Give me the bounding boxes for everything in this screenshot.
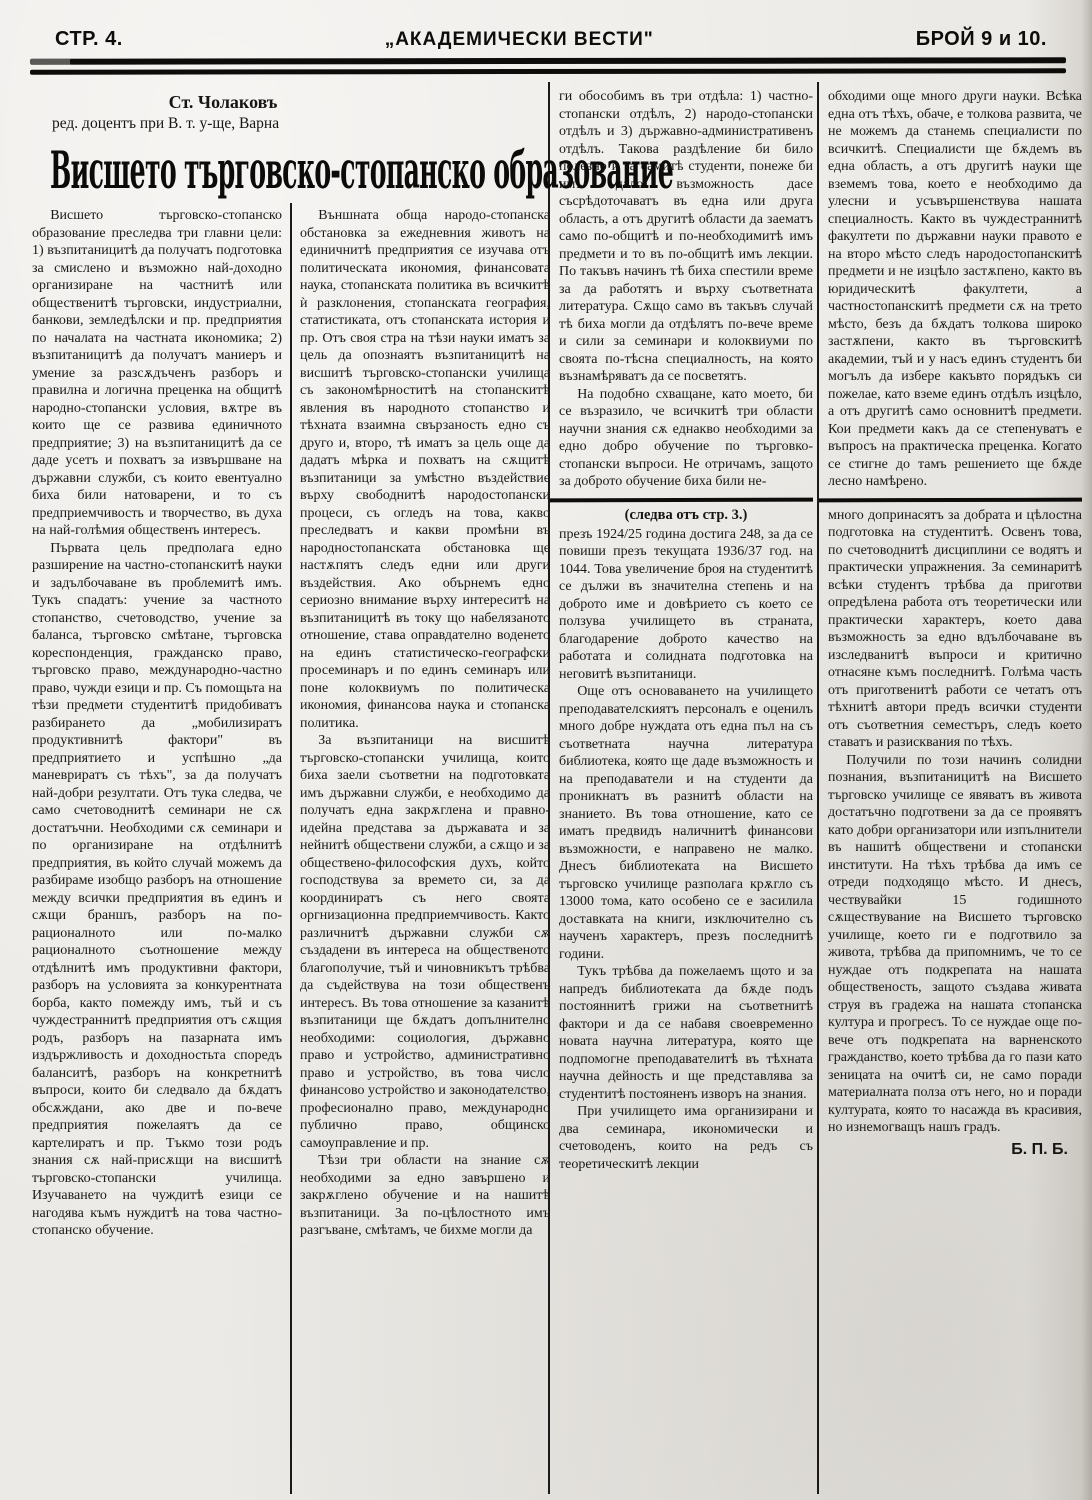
byline: Ст. Чолаковъ ред. доцентъ при В. т. у-ще… xyxy=(30,92,548,133)
paragraph: презъ 1924/25 година достига 248, за да … xyxy=(559,526,813,684)
page-number-label: СТР. 4. xyxy=(55,28,123,51)
column-3: ги обособимъ въ три отдѣла: 1) частно-ст… xyxy=(548,82,817,1494)
paragraph: Тукъ трѣбва да пожелаемъ щото и за напре… xyxy=(559,963,813,1103)
article-left-half: Ст. Чолаковъ ред. доцентъ при В. т. у-ще… xyxy=(30,82,548,1494)
paragraph: Висшето търговско-стопанско образование … xyxy=(32,207,282,540)
column-2: Външната обща народо-стопанска обстановк… xyxy=(290,203,548,1494)
author-role: ред. доцентъ при В. т. у-ще, Варна xyxy=(52,115,548,133)
author-initials-signature: Б. П. Б. xyxy=(828,1141,1082,1159)
paragraph: За възпитаници на висшитѣ търговско-стоп… xyxy=(300,732,548,1152)
paragraph: На подобно схващане, като моето, би се в… xyxy=(559,386,813,491)
article-headline: Висшето търговско-стопанско образование xyxy=(50,141,399,201)
paragraph: Получили по този начинъ солидни познания… xyxy=(828,752,1082,1137)
paragraph: Още отъ основаването на училището препод… xyxy=(559,683,813,963)
paragraph: Тѣзи три области на знание сѫ необходими… xyxy=(300,1152,548,1240)
section-divider-rule xyxy=(550,497,813,502)
issue-label: БРОЙ 9 и 10. xyxy=(916,28,1047,51)
column-4-article-2: много допринасятъ за добрата и цѣлостна … xyxy=(828,507,1082,1137)
paragraph: обходими още много други науки. Всѣка ед… xyxy=(828,88,1082,491)
column-1: Висшето търговско-стопанско образование … xyxy=(30,203,290,1494)
page-content: Ст. Чолаковъ ред. доцентъ при В. т. у-ще… xyxy=(30,82,1066,1494)
column-4: обходими още много други науки. Всѣка ед… xyxy=(817,82,1086,1494)
masthead: СТР. 4. „АКАДЕМИЧЕСКИ ВЕСТИ" БРОЙ 9 и 10… xyxy=(55,28,1047,51)
newspaper-title: „АКАДЕМИЧЕСКИ ВЕСТИ" xyxy=(385,29,654,51)
paragraph: При училището има организирани и два сем… xyxy=(559,1103,813,1173)
paragraph: много допринасятъ за добрата и цѣлостна … xyxy=(828,507,1082,752)
paragraph: ги обособимъ въ три отдѣла: 1) частно-ст… xyxy=(559,88,813,386)
paragraph: Външната обща народо-стопанска обстановк… xyxy=(300,207,548,732)
paragraph: Първата цель предполага едно разширение … xyxy=(32,540,282,1240)
column-3-article-2: презъ 1924/25 година достига 248, за да … xyxy=(559,526,813,1174)
continuation-note: (следва отъ стр. 3.) xyxy=(559,507,813,524)
section-divider-rule-2 xyxy=(819,497,1082,502)
author-name: Ст. Чолаковъ xyxy=(118,92,328,113)
column-4-article-1: обходими още много други науки. Всѣка ед… xyxy=(828,88,1082,491)
headline-wrap: Висшето търговско-стопанско образование xyxy=(50,141,548,203)
masthead-double-rule xyxy=(30,58,1066,74)
newspaper-page: СТР. 4. „АКАДЕМИЧЕСКИ ВЕСТИ" БРОЙ 9 и 10… xyxy=(0,0,1092,1500)
